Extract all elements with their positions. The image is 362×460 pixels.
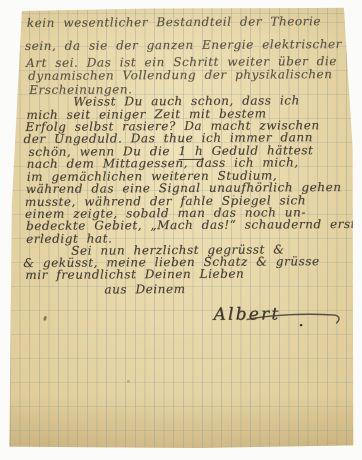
scan-background: kein wesentlicher Bestandteil der Theori… [0, 0, 362, 460]
handwriting-line: dynamischen Vollendung der physikalische… [28, 68, 332, 82]
handwriting-line: bedeckte Gebiet, „Mach das!“ schaudernd … [26, 218, 356, 232]
letter-paper: kein wesentlicher Bestandteil der Theori… [8, 7, 355, 448]
paper-speck [233, 195, 235, 197]
paper-speck [127, 380, 130, 382]
handwriting-line: sein, da sie der ganzen Energie elektris… [25, 38, 342, 52]
ink-speck [43, 315, 48, 321]
closing-line: aus Deinem [104, 283, 185, 295]
handwriting-line: kein wesentlicher Bestandteil der Theori… [27, 15, 321, 29]
signature-period: . [299, 314, 304, 330]
handwriting-layer: kein wesentlicher Bestandteil der Theori… [7, 6, 357, 449]
closing-line: mir freundlichst Deinen Lieben [25, 268, 244, 281]
signature-flourish [247, 310, 347, 329]
